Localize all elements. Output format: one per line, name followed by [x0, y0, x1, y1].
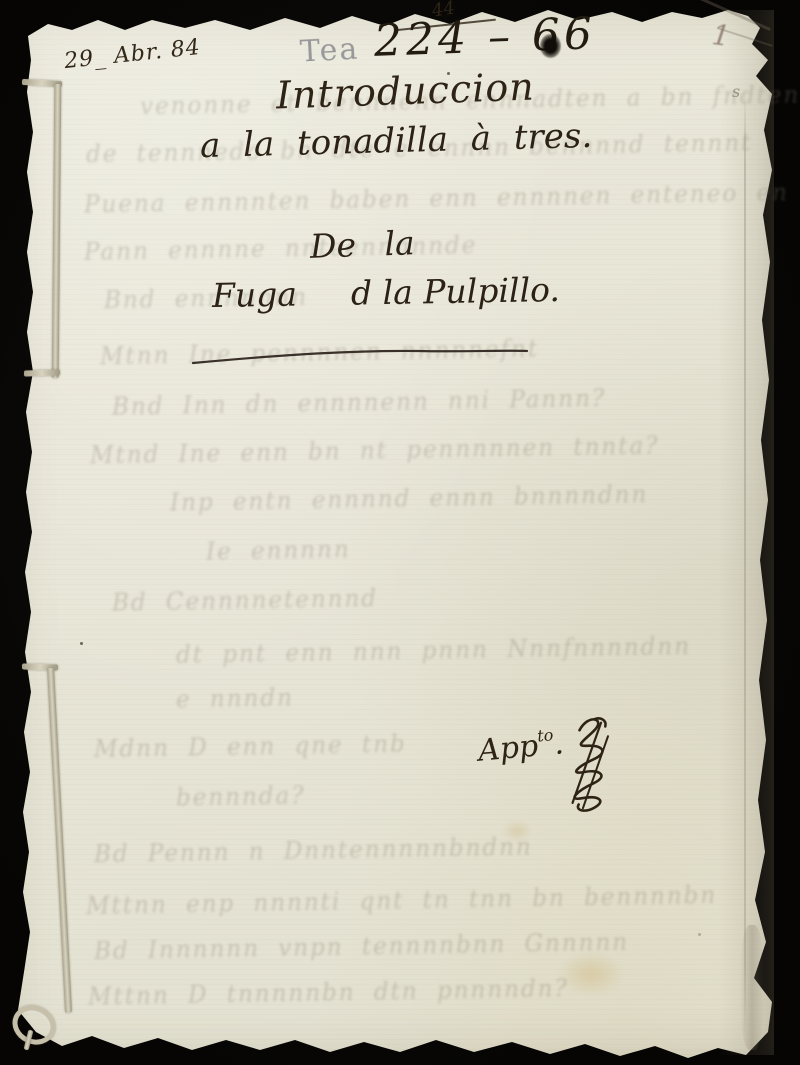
bleedthrough-line: Bd Pennn n Dnntennnnnbndnn: [94, 834, 533, 869]
bleedthrough-line: Puena ennnnten baben enn ennnnen enteneo…: [84, 179, 789, 219]
binding-thread: [24, 369, 60, 376]
edge-mark: s: [732, 84, 740, 100]
ink-speck: [698, 933, 701, 936]
title-de-la: De la: [309, 226, 415, 263]
bleedthrough-line: Bnd Inn dn ennnnenn nni Pannn?: [112, 385, 607, 421]
bleedthrough-line: Mttnn enp nnnnti qnt tn tnn bn bennnnbn: [86, 882, 718, 920]
title-subtitle: a la tonadilla à tres.: [200, 119, 593, 163]
bleedthrough-line: Bd Innnnnn vnpn tennnnbnn Gnnnnn: [94, 929, 629, 966]
bleedthrough-line: Pann ennnne nnteennnnnde: [84, 232, 478, 266]
approval-word: App: [477, 729, 540, 769]
bleedthrough-line: Mtnd Ine enn bn nt pennnnnen tnnta?: [90, 432, 660, 469]
title-word-pulpillo: d la Pulpillo.: [351, 273, 560, 310]
title-introduccion: Introduccion: [275, 67, 535, 114]
bleedthrough-line: Mdnn D enn qne tnb: [94, 731, 407, 764]
bleedthrough-line: Mtnn Ine pennnnen nnnnnefnt: [100, 336, 540, 371]
approval-superscript: to: [536, 725, 554, 745]
bleedthrough-line: Inp entn ennnnd ennn bnnnndnn: [170, 481, 649, 517]
bleedthrough-line: dt pnt enn nnn pnnn Nnnfnnnndnn: [176, 633, 691, 669]
title-word-fuga: Fuga: [212, 278, 298, 312]
title-fuga-pulpillo: Fuga d la Pulpillo.: [212, 273, 560, 312]
ink-speck: [80, 642, 83, 645]
pencil-shelfmark: Tea: [299, 34, 360, 67]
bleedthrough-line: e nnndn: [176, 684, 294, 713]
manuscript-scan: venonne et bennnenn ennnadten a bn fndte…: [0, 0, 800, 1065]
bleedthrough-line: Ie ennnnn: [206, 536, 351, 566]
bleedthrough-line: bennnda?: [176, 782, 306, 812]
folio-number: 1: [710, 21, 731, 51]
catalog-number: 224 – 66: [373, 12, 596, 64]
bleedthrough-line: Mttnn D tnnnnnbn dtn pnnnndn?: [88, 975, 569, 1011]
bleedthrough-line: Bd Cennnnetennnd: [112, 585, 378, 617]
